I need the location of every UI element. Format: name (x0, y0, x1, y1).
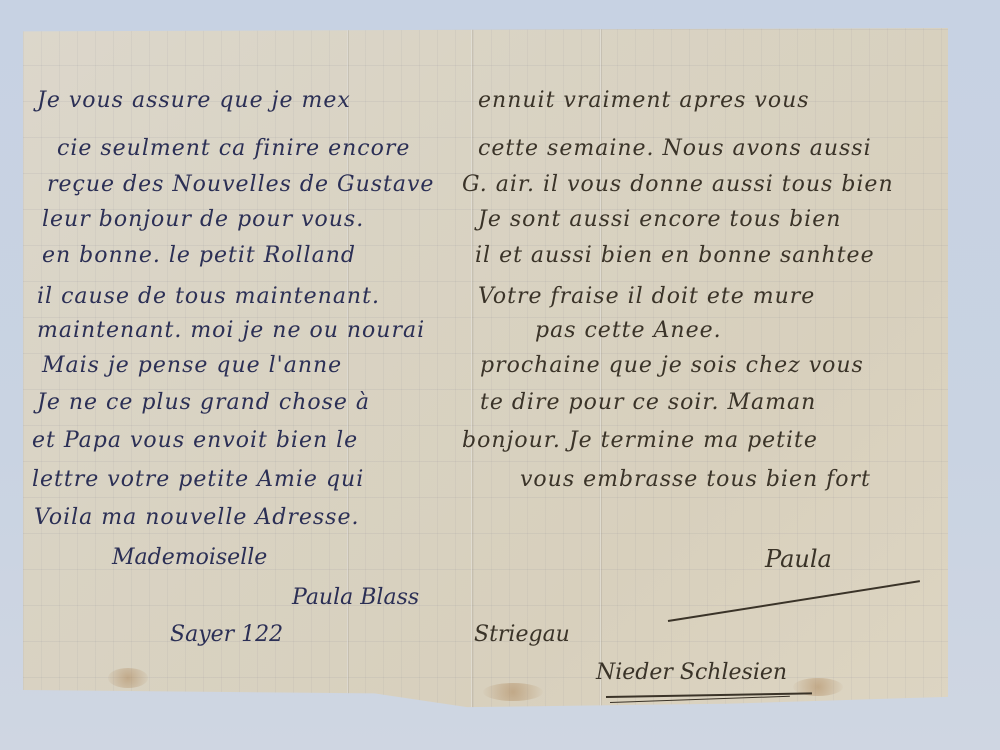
address-city: Striegau (474, 622, 570, 647)
body-line-left: Voila ma nouvelle Adresse. (34, 505, 359, 530)
body-line-right: vous embrasse tous bien fort (520, 467, 871, 492)
body-line-right: bonjour. Je termine ma petite (462, 428, 818, 453)
fold-line (471, 28, 473, 714)
paper-stain (108, 668, 148, 688)
body-line-left: maintenant. moi je ne ou nourai (37, 318, 425, 343)
address-salutation: Mademoiselle (112, 545, 267, 570)
body-line-left: lettre votre petite Amie qui (32, 467, 364, 492)
body-line-right: Votre fraise il doit ete mure (478, 284, 815, 309)
body-line-left: cie seulment ca finire encore (57, 136, 410, 161)
body-line-right: ennuit vraiment apres vous (478, 88, 810, 113)
signature: Paula (765, 545, 832, 573)
body-line-right: il et aussi bien en bonne sanhtee (475, 243, 875, 268)
fold-line (347, 28, 349, 714)
body-line-left: Je ne ce plus grand chose à (37, 390, 370, 415)
paper-stain (483, 683, 543, 701)
body-line-right: pas cette Anee. (535, 318, 722, 343)
body-line-left: et Papa vous envoit bien le (32, 428, 358, 453)
body-line-left: en bonne. le petit Rolland (42, 243, 356, 268)
body-line-right: G. air. il vous donne aussi tous bien (462, 172, 894, 197)
body-line-right: cette semaine. Nous avons aussi (478, 136, 872, 161)
body-line-left: leur bonjour de pour vous. (42, 207, 364, 232)
body-line-left: reçue des Nouvelles de Gustave (47, 172, 434, 197)
body-line-right: prochaine que je sois chez vous (480, 353, 864, 378)
address-region: Nieder Schlesien (596, 660, 787, 685)
body-line-right: te dire pour ce soir. Maman (480, 390, 816, 415)
address-street: Sayer 122 (170, 622, 283, 647)
body-line-left: il cause de tous maintenant. (37, 284, 380, 309)
body-line-left: Mais je pense que l'anne (42, 353, 342, 378)
body-line-left: Je vous assure que je mex (37, 88, 351, 113)
address-name: Paula Blass (292, 585, 419, 610)
body-line-right: Je sont aussi encore tous bien (478, 207, 841, 232)
